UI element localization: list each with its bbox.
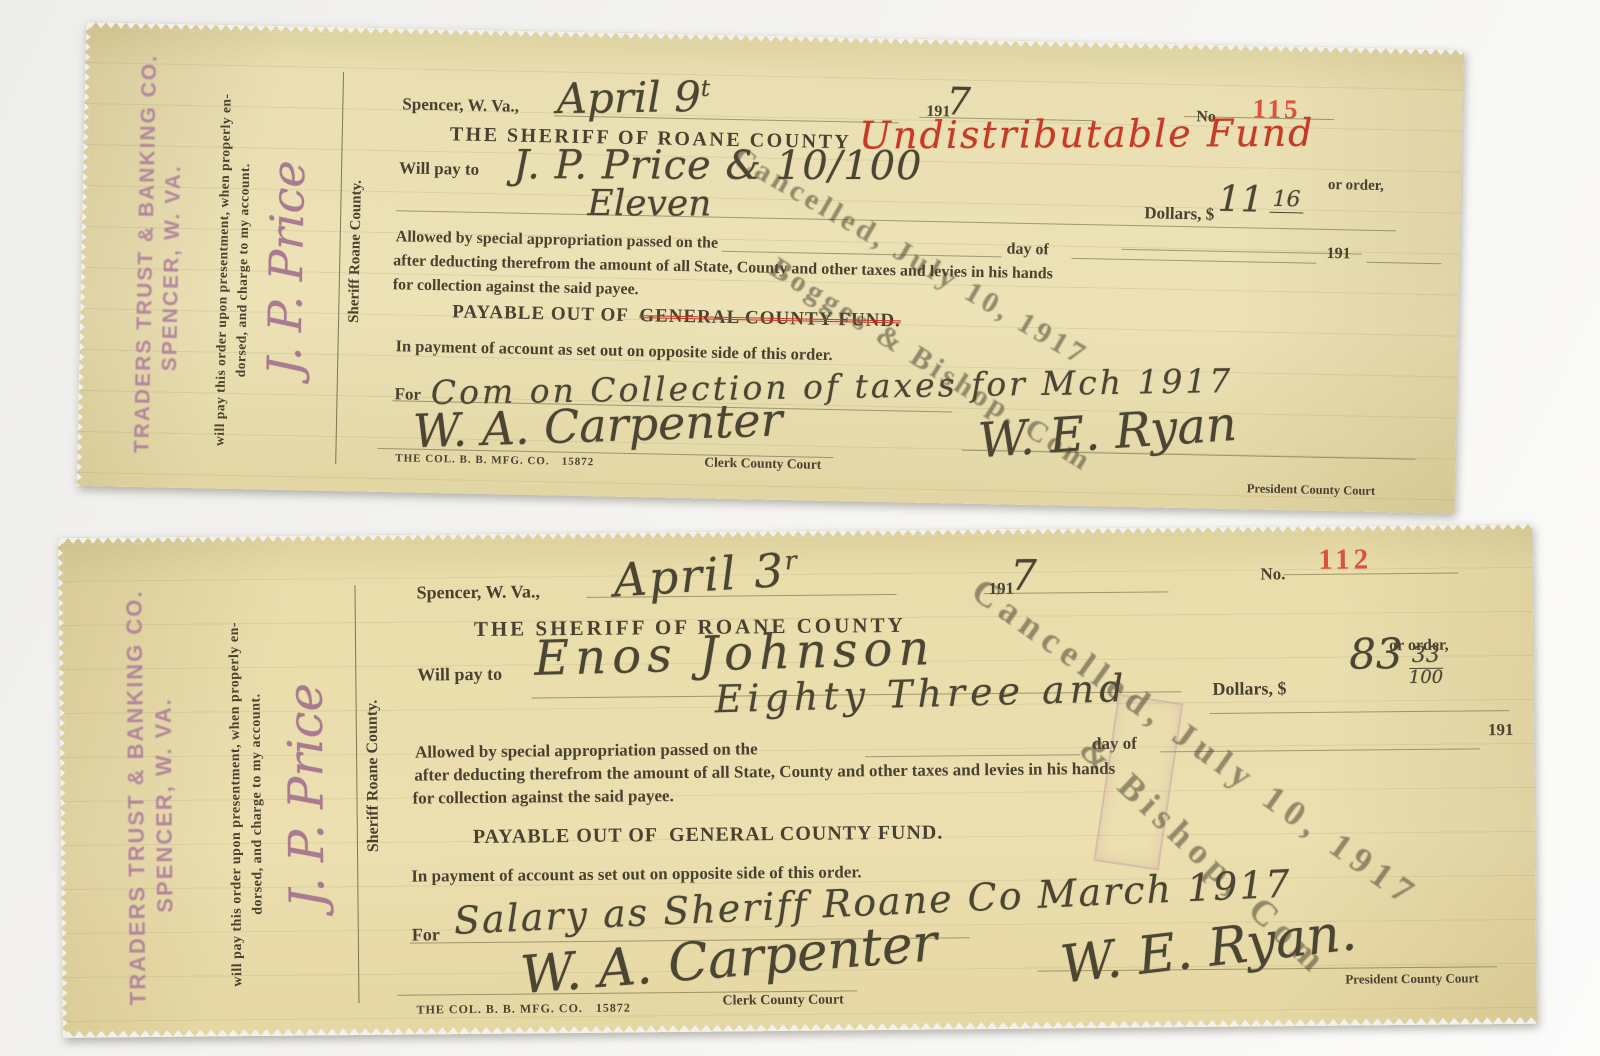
date-handwritten: April 3r xyxy=(612,542,801,607)
president-label: President County Court xyxy=(1345,970,1479,987)
printer-number: 15872 xyxy=(562,456,595,469)
amount-words-handwritten: Eleven xyxy=(587,183,711,224)
or-order-label: or order, xyxy=(1328,177,1384,195)
place-label: Spencer, W. Va., xyxy=(402,94,519,116)
endorsement-clause-line1: will pay this order upon presentment, wh… xyxy=(224,589,249,1019)
allowed-line3: for collection against the said payee. xyxy=(393,276,639,299)
bank-stamp: TRADERS TRUST & BANKING CO. SPENCER, W. … xyxy=(121,605,180,1006)
sidebar-divider xyxy=(354,585,359,1003)
printer-imprint: THE COL. B. B. MFG. CO. 15872 xyxy=(416,1001,630,1018)
check-115: TRADERS TRUST & BANKING CO. SPENCER, W. … xyxy=(77,22,1464,514)
allowed-line2: after deducting therefrom the amount of … xyxy=(414,759,1115,786)
allowed-line3: for collection against the said payee. xyxy=(412,786,673,809)
perforated-edge-top xyxy=(58,524,1532,544)
perforated-edge-bottom xyxy=(63,1017,1537,1038)
amount-fraction: 33100 xyxy=(1409,646,1444,686)
will-pay-to-label: Will pay to xyxy=(417,664,502,686)
bank-stamp-line2: SPENCER, W. VA. xyxy=(148,605,179,1005)
sheriff-roane-county-label: Sheriff Roane County. xyxy=(362,585,384,967)
perforated-edge-left xyxy=(58,538,68,1038)
number-label: No. xyxy=(1260,564,1285,584)
place-label: Spencer, W. Va., xyxy=(416,581,540,603)
day-of-label: day of xyxy=(1006,241,1049,260)
check-number: 112 xyxy=(1318,543,1372,577)
dollars-label: Dollars, $ xyxy=(1144,203,1214,224)
payee-handwritten: J. P. Price & 10/100 xyxy=(513,142,922,189)
amount-line xyxy=(1210,710,1510,714)
amount-fraction: 16 xyxy=(1269,190,1303,214)
endorsement-clause-line2: dorsed, and charge to my account. xyxy=(245,589,270,1019)
fund-note-red: Undistributable Fund xyxy=(859,111,1315,158)
bank-stamp-line1: TRADERS TRUST & BANKING CO. xyxy=(121,605,152,1005)
will-pay-to-label: Will pay to xyxy=(399,158,479,180)
photo-background: TRADERS TRUST & BANKING CO. SPENCER, W. … xyxy=(0,0,1600,1056)
endorsement-clause: will pay this order upon presentment, wh… xyxy=(224,589,270,1019)
sheriff-roane-county-label: Sheriff Roane County. xyxy=(344,75,368,427)
perforated-edge-top xyxy=(86,22,1464,56)
blank-line-3 xyxy=(1366,262,1441,265)
clerk-label: Clerk County Court xyxy=(704,454,821,472)
in-payment-line: In payment of account as set out on oppo… xyxy=(395,336,832,365)
allowed-line1: Allowed by special appropriation passed … xyxy=(396,228,719,252)
price-endorsement-signature: J. P. Price xyxy=(255,72,317,465)
price-endorsement-signature: J. P. Price xyxy=(276,585,336,1006)
printer-imprint: THE COL. B. B. MFG. CO. 15872 xyxy=(395,452,594,468)
allowed-line1: Allowed by special appropriation passed … xyxy=(415,739,758,762)
perforated-edge-left xyxy=(77,22,91,486)
clerk-signature: W. A. Carpenter xyxy=(412,392,783,458)
payable-fund: GENERAL COUNTY FUND. xyxy=(669,822,943,847)
clerk-label: Clerk County Court xyxy=(722,992,843,1009)
payable-out-of: PAYABLE OUT OF GENERAL COUNTY FUND. xyxy=(473,822,944,850)
year-printed-2: 191 xyxy=(1488,720,1514,740)
sidebar-divider xyxy=(335,72,344,464)
blank-line-1 xyxy=(865,754,1080,757)
check-112: TRADERS TRUST & BANKING CO. SPENCER, W. … xyxy=(58,524,1537,1038)
bank-stamp: TRADERS TRUST & BANKING CO. SPENCER, W. … xyxy=(129,81,189,454)
amount-figures: 8333100 xyxy=(1349,629,1443,687)
dollars-label: Dollars, $ xyxy=(1212,678,1286,700)
endorsement-clause: will pay this order upon presentment, wh… xyxy=(209,69,258,472)
blank-line-1 xyxy=(722,251,1002,258)
amount-figures: 1116 xyxy=(1217,179,1304,222)
president-label: President County Court xyxy=(1247,481,1376,499)
printer-number: 15872 xyxy=(596,1001,631,1015)
year-printed-2: 191 xyxy=(1326,245,1350,263)
blank-line-2 xyxy=(1071,258,1316,264)
